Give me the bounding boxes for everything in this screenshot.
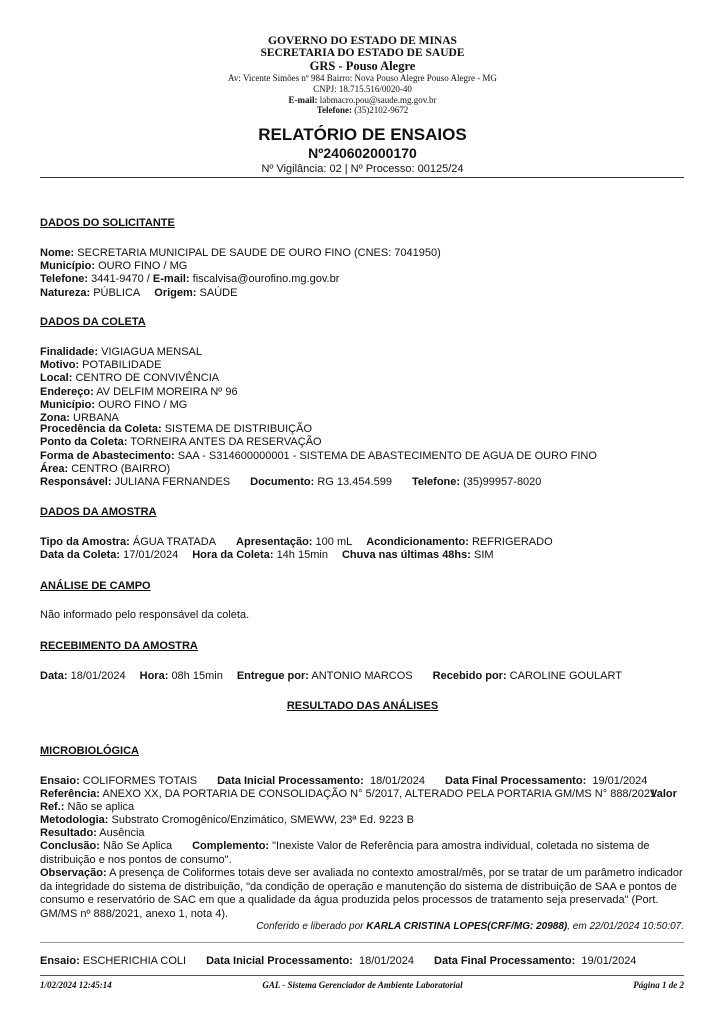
section-recebimento: RECEBIMENTO DA AMOSTRA bbox=[40, 640, 198, 652]
ensaio1-valor-ref: Ref.: Não se aplica bbox=[40, 801, 134, 815]
section-amostra: DADOS DA AMOSTRA bbox=[40, 506, 157, 518]
ensaio1-conferido: Conferido e liberado por KARLA CRISTINA … bbox=[256, 921, 684, 932]
section-campo: ANÁLISE DE CAMPO bbox=[40, 580, 151, 592]
ensaio1-header: Ensaio: COLIFORMES TOTAISData Inicial Pr… bbox=[40, 775, 647, 789]
coleta-responsavel: Responsável: JULIANA FERNANDESDocumento:… bbox=[40, 476, 541, 490]
ensaio2-header: Ensaio: ESCHERICHIA COLIData Inicial Pro… bbox=[40, 955, 636, 969]
ensaio1-referencia: Referência: ANEXO XX, DA PORTARIA DE CON… bbox=[40, 788, 656, 802]
coleta-municipio: Município: OURO FINO / MG bbox=[40, 399, 187, 413]
coleta-forma: Forma de Abastecimento: SAA - S314600000… bbox=[40, 450, 597, 464]
header-cnpj: CNPJ: 18.715.516/0020-40 bbox=[0, 84, 725, 95]
report-title: RELATÓRIO DE ENSAIOS bbox=[0, 125, 725, 145]
header-email-label: E-mail: bbox=[289, 95, 318, 105]
section-microbiologica: MICROBIOLÓGICA bbox=[40, 745, 139, 757]
header-grs: GRS - Pouso Alegre bbox=[0, 60, 725, 73]
section-solicitante: DADOS DO SOLICITANTE bbox=[40, 217, 175, 229]
report-subtitle: Nº Vigilância: 02 | Nº Processo: 00125/2… bbox=[0, 163, 725, 175]
ensaio1-metodologia: Metodologia: Substrato Cromogênico/Enzim… bbox=[40, 814, 414, 828]
header-phone: Telefone: (35)2102-9672 bbox=[0, 105, 725, 116]
header-divider bbox=[40, 177, 684, 178]
footer-page: Página 1 de 2 bbox=[633, 980, 684, 990]
section-resultados: RESULTADO DAS ANÁLISES bbox=[0, 700, 725, 712]
header-government: GOVERNO DO ESTADO DE MINAS bbox=[0, 35, 725, 47]
amostra-tipo: Tipo da Amostra: ÁGUA TRATADAApresentaçã… bbox=[40, 536, 553, 550]
coleta-local: Local: CENTRO DE CONVIVÊNCIA bbox=[40, 372, 219, 386]
campo-text: Não informado pelo responsável da coleta… bbox=[40, 609, 249, 623]
footer-system: GAL - Sistema Gerenciador de Ambiente La… bbox=[0, 980, 725, 990]
coleta-area: Área: CENTRO (BAIRRO) bbox=[40, 463, 170, 477]
header-secretaria: SECRETARIA DO ESTADO DE SAUDE bbox=[0, 47, 725, 59]
header-email-value: labmacro.pou@saude.mg.gov.br bbox=[320, 95, 437, 105]
solicitante-municipio: Município: OURO FINO / MG bbox=[40, 260, 187, 274]
coleta-procedencia: Procedência da Coleta: SISTEMA DE DISTRI… bbox=[40, 423, 312, 437]
solicitante-nome: Nome: SECRETARIA MUNICIPAL DE SAUDE DE O… bbox=[40, 247, 441, 261]
recebimento-info: Data: 18/01/2024Hora: 08h 15minEntregue … bbox=[40, 670, 622, 684]
coleta-finalidade: Finalidade: VIGIAGUA MENSAL bbox=[40, 346, 202, 360]
solicitante-natureza: Natureza: PÚBLICAOrigem: SAÚDE bbox=[40, 287, 237, 301]
ensaio1-resultado: Resultado: Ausência bbox=[40, 827, 145, 841]
ensaio1-valor-label: Valor bbox=[650, 788, 677, 802]
header-phone-value: (35)2102-9672 bbox=[354, 105, 408, 115]
footer-divider bbox=[40, 975, 684, 976]
solicitante-contato: Telefone: 3441-9470 / E-mail: fiscalvisa… bbox=[40, 273, 339, 287]
amostra-data: Data da Coleta: 17/01/2024Hora da Coleta… bbox=[40, 549, 494, 563]
ensaio1-observacao: Observação: A presença de Coliformes tot… bbox=[40, 867, 684, 921]
coleta-motivo: Motivo: POTABILIDADE bbox=[40, 359, 161, 373]
coleta-ponto: Ponto da Coleta: TORNEIRA ANTES DA RESER… bbox=[40, 436, 322, 450]
header-address: Av: Vicente Simões nº 984 Bairro: Nova P… bbox=[0, 73, 725, 84]
coleta-endereco: Endereço: AV DELFIM MOREIRA Nº 96 bbox=[40, 386, 238, 400]
ensaio1-conclusao: Conclusão: Não Se AplicaComplemento: "In… bbox=[40, 840, 684, 867]
ensaio-divider bbox=[40, 942, 684, 943]
header-phone-label: Telefone: bbox=[317, 105, 352, 115]
report-number: Nº240602000170 bbox=[0, 145, 725, 161]
section-coleta: DADOS DA COLETA bbox=[40, 316, 146, 328]
